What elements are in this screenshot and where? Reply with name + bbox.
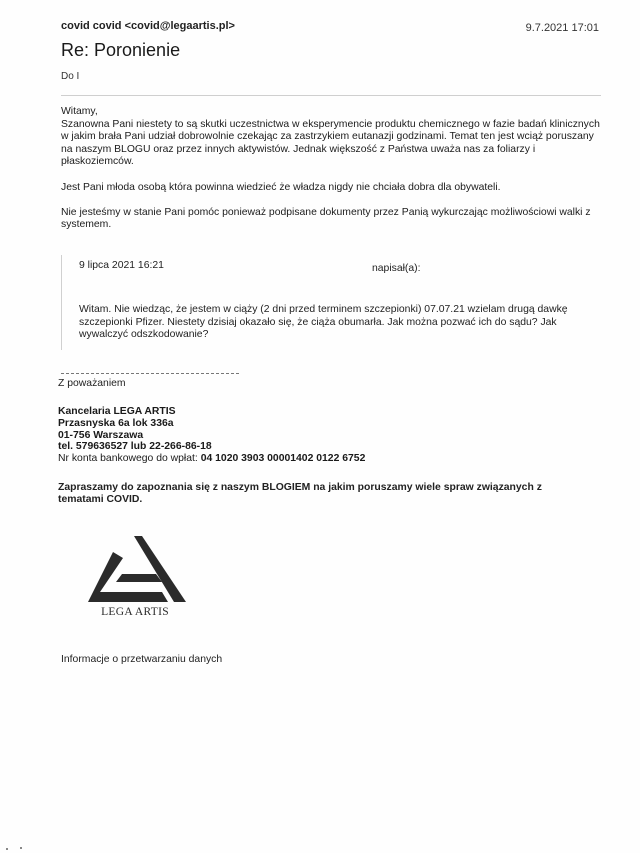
signature-city: 01-756 Warszawa <box>58 430 365 442</box>
signature-separator <box>61 373 239 374</box>
signature-phone: tel. 579636527 lub 22-266-86-18 <box>58 441 365 453</box>
account-number: 04 1020 3903 00001402 0122 6752 <box>201 453 366 464</box>
header-divider <box>61 95 601 96</box>
scanned-email-printout: covid covid <covid@legaartis.pl> 9.7.202… <box>0 0 640 853</box>
lega-artis-logo: LEGA ARTIS <box>82 534 192 624</box>
email-datetime: 9.7.2021 17:01 <box>526 22 599 34</box>
logo-text: LEGA ARTIS <box>82 606 188 618</box>
body-paragraph-2: Jest Pani młoda osobą która powinna wied… <box>61 182 601 195</box>
account-label: Nr konta bankowego do wpłat: <box>58 453 198 464</box>
quoted-wrote-label: napisał(a): <box>372 263 421 274</box>
greeting: Witamy, <box>61 106 98 117</box>
signature-regards: Z poważaniem <box>58 378 126 389</box>
signature-block: Kancelaria LEGA ARTIS Przasnyska 6a lok … <box>58 406 365 465</box>
body-paragraph-3: Nie jesteśmy w stanie Pani pomóc poniewa… <box>61 207 601 232</box>
body-paragraph-1: Szanowna Pani niestety to są skutki ucze… <box>61 119 600 168</box>
email-subject: Re: Poronienie <box>61 40 180 61</box>
email-recipient: Do I <box>61 71 79 82</box>
signature-street: Przasnyska 6a lok 336a <box>58 418 365 430</box>
scan-artifact <box>6 848 8 850</box>
blog-invite: Zapraszamy do zapoznania się z naszym BL… <box>58 482 578 507</box>
quoted-message: 9 lipca 2021 16:21 napisał(a): Witam. Ni… <box>61 255 607 350</box>
lega-artis-triangle-logo-icon <box>82 534 188 608</box>
signature-account: Nr konta bankowego do wpłat: 04 1020 390… <box>58 453 365 465</box>
privacy-info-link[interactable]: Informacje o przetwarzaniu danych <box>61 654 222 665</box>
email-sender: covid covid <covid@legaartis.pl> <box>61 20 235 32</box>
quoted-date: 9 lipca 2021 16:21 <box>79 260 164 271</box>
email-body: Witamy, Szanowna Pani niestety to są sku… <box>61 106 601 245</box>
quoted-text: Witam. Nie wiedząc, że jestem w ciąży (2… <box>79 304 599 342</box>
scan-artifact <box>20 847 22 849</box>
signature-firm: Kancelaria LEGA ARTIS <box>58 406 365 418</box>
